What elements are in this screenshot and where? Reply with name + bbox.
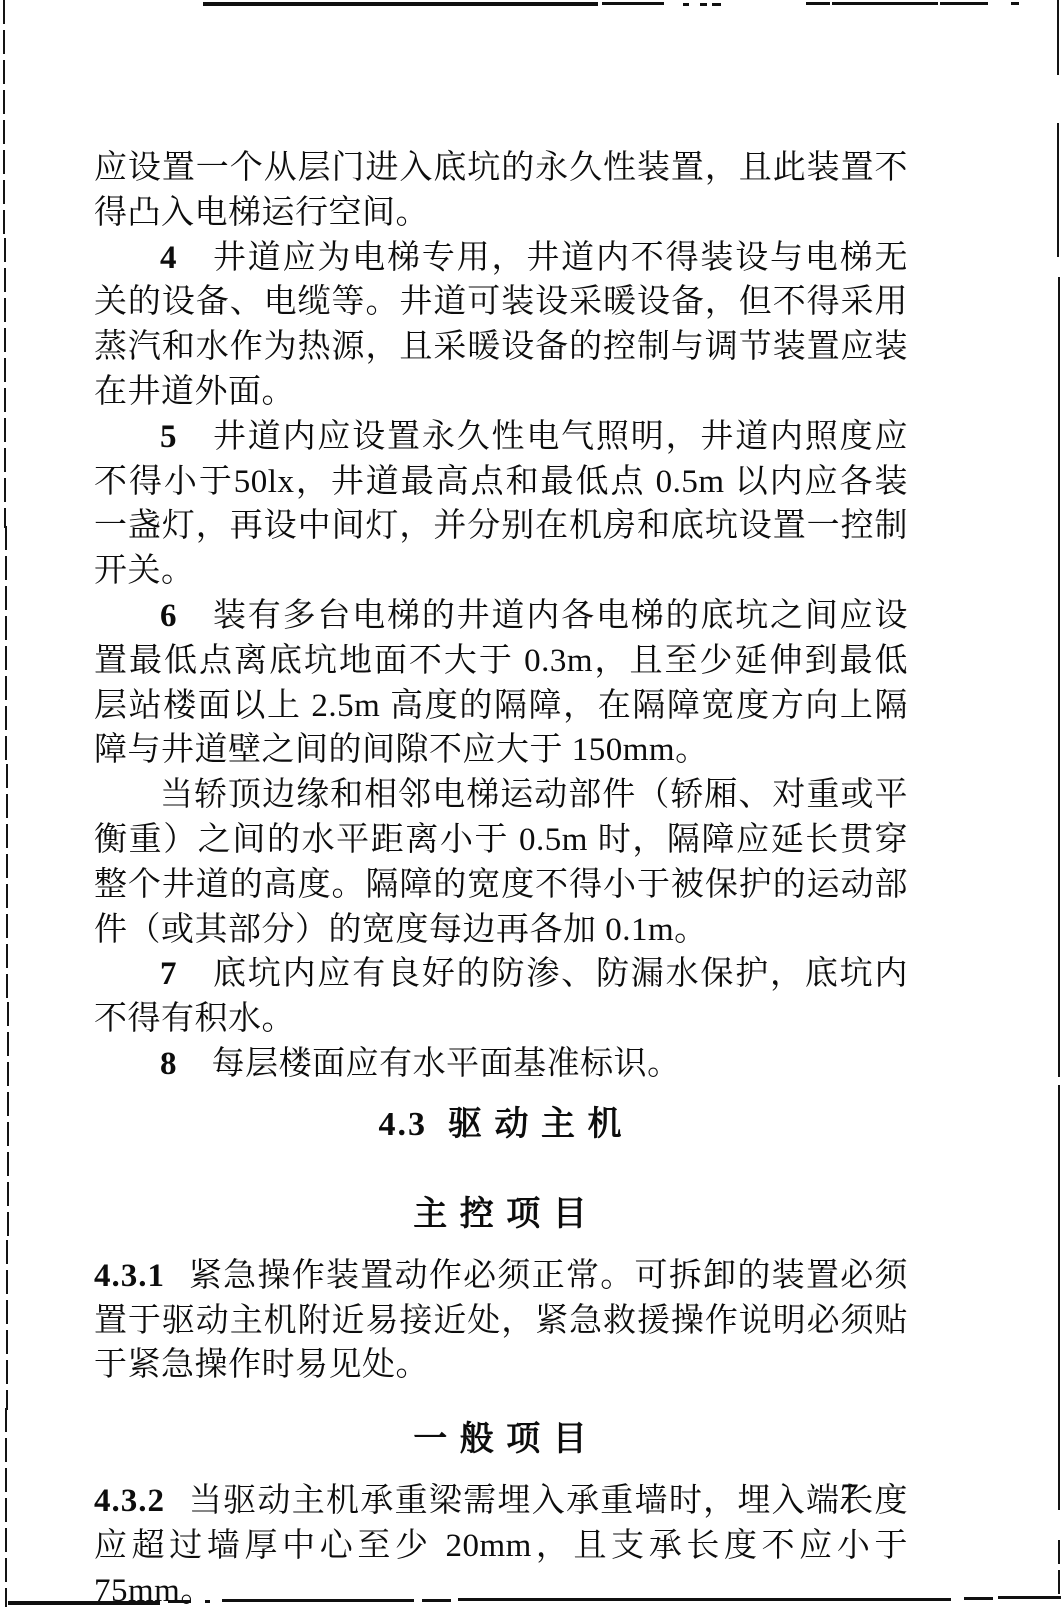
scan-line-segment [1057,123,1059,142]
paragraph-continuation: 应设置一个从层门进入底坑的永久性装置，且此装置不得凸入电梯运行空间。 [94,146,908,236]
scan-line-segment [1058,1085,1060,1510]
item-text: 每层楼面应有水平面基准标识。 [212,1046,681,1082]
page-number: 7 [838,1476,857,1519]
item-number: 7 [160,956,177,992]
scanned-document-page: 应设置一个从层门进入底坑的永久性装置，且此装置不得凸入电梯运行空间。 4井道应为… [0,0,1061,1607]
scan-line-segment [700,3,707,6]
scan-line-segment [940,2,988,5]
scan-line-segment [1057,0,1059,75]
item-text: 井道应为电梯专用，井道内不得装设与电梯无关的设备、电缆等。井道可装设采暖设备，但… [94,240,908,410]
item-number: 8 [160,1046,177,1082]
scan-line-segment [806,2,830,5]
item-text: 底坑内应有良好的防渗、防漏水保护，底坑内不得有积水。 [94,956,908,1037]
scan-line-segment [1011,2,1019,5]
subheading-master-items: 主 控 项 目 [94,1191,908,1239]
clause-number: 4.3.2 [94,1483,165,1519]
paragraph-barrier-note: 当轿顶边缘和相邻电梯运动部件（轿厢、对重或平衡重）之间的水平距离小于 0.5m … [94,773,908,952]
scan-line-segment [203,2,598,6]
list-item-8: 8每层楼面应有水平面基准标识。 [94,1042,908,1087]
scan-line-segment [7,1002,9,1242]
scan-line-segment [832,2,938,5]
scan-line-segment [964,1597,993,1600]
item-number: 6 [160,598,177,634]
scan-line-segment [6,764,8,1004]
clause-text: 当驱动主机承重梁需埋入承重墙时，埋入端长度应超过墙厚中心至少 20mm，且支承长… [94,1483,908,1607]
scan-line-segment [683,3,689,6]
clause-4-3-2: 4.3.2当驱动主机承重梁需埋入承重墙时，埋入端长度应超过墙厚中心至少 20mm… [94,1479,908,1607]
list-item-6: 6装有多台电梯的井道内各电梯的底坑之间应设置最低点离底坑地面不大于 0.3m，且… [94,594,908,773]
scan-line-segment [1058,1540,1060,1598]
scan-line-segment [4,238,6,528]
list-item-4: 4井道应为电梯专用，井道内不得装设与电梯无关的设备、电缆等。井道可装设采暖设备，… [94,236,908,415]
item-number: 5 [160,419,177,455]
scan-line-segment [5,1408,7,1607]
scan-line-segment [1058,277,1060,1077]
scan-line-segment [998,1596,1061,1599]
clause-text: 紧急操作装置动作必须正常。可拆卸的装置必须置于驱动主机附近易接近处，紧急救援操作… [94,1258,908,1384]
scan-line-segment [3,0,5,240]
scan-line-segment [5,526,7,766]
clause-4-3-1: 4.3.1紧急操作装置动作必须正常。可拆卸的装置必须置于驱动主机附近易接近处，紧… [94,1254,908,1388]
scan-line-segment [712,3,721,6]
scan-line-segment [1057,142,1059,257]
item-number: 4 [160,240,177,276]
list-item-5: 5井道内应设置永久性电气照明，井道内照度应不得小于50lx，井道最高点和最低点 … [94,415,908,594]
item-text: 井道内应设置永久性电气照明，井道内照度应不得小于50lx，井道最高点和最低点 0… [94,419,908,589]
subheading-general-items: 一 般 项 目 [94,1416,908,1464]
item-text: 装有多台电梯的井道内各电梯的底坑之间应设置最低点离底坑地面不大于 0.3m，且至… [94,598,908,768]
clause-number: 4.3.1 [94,1258,165,1294]
scan-line-segment [6,1240,8,1410]
scan-line-segment [602,2,664,5]
list-item-7: 7底坑内应有良好的防渗、防漏水保护，底坑内不得有积水。 [94,952,908,1042]
section-heading-4-3: 4.3 驱 动 主 机 [94,1101,908,1149]
text-column: 应设置一个从层门进入底坑的永久性装置，且此装置不得凸入电梯运行空间。 4井道应为… [94,146,908,1607]
